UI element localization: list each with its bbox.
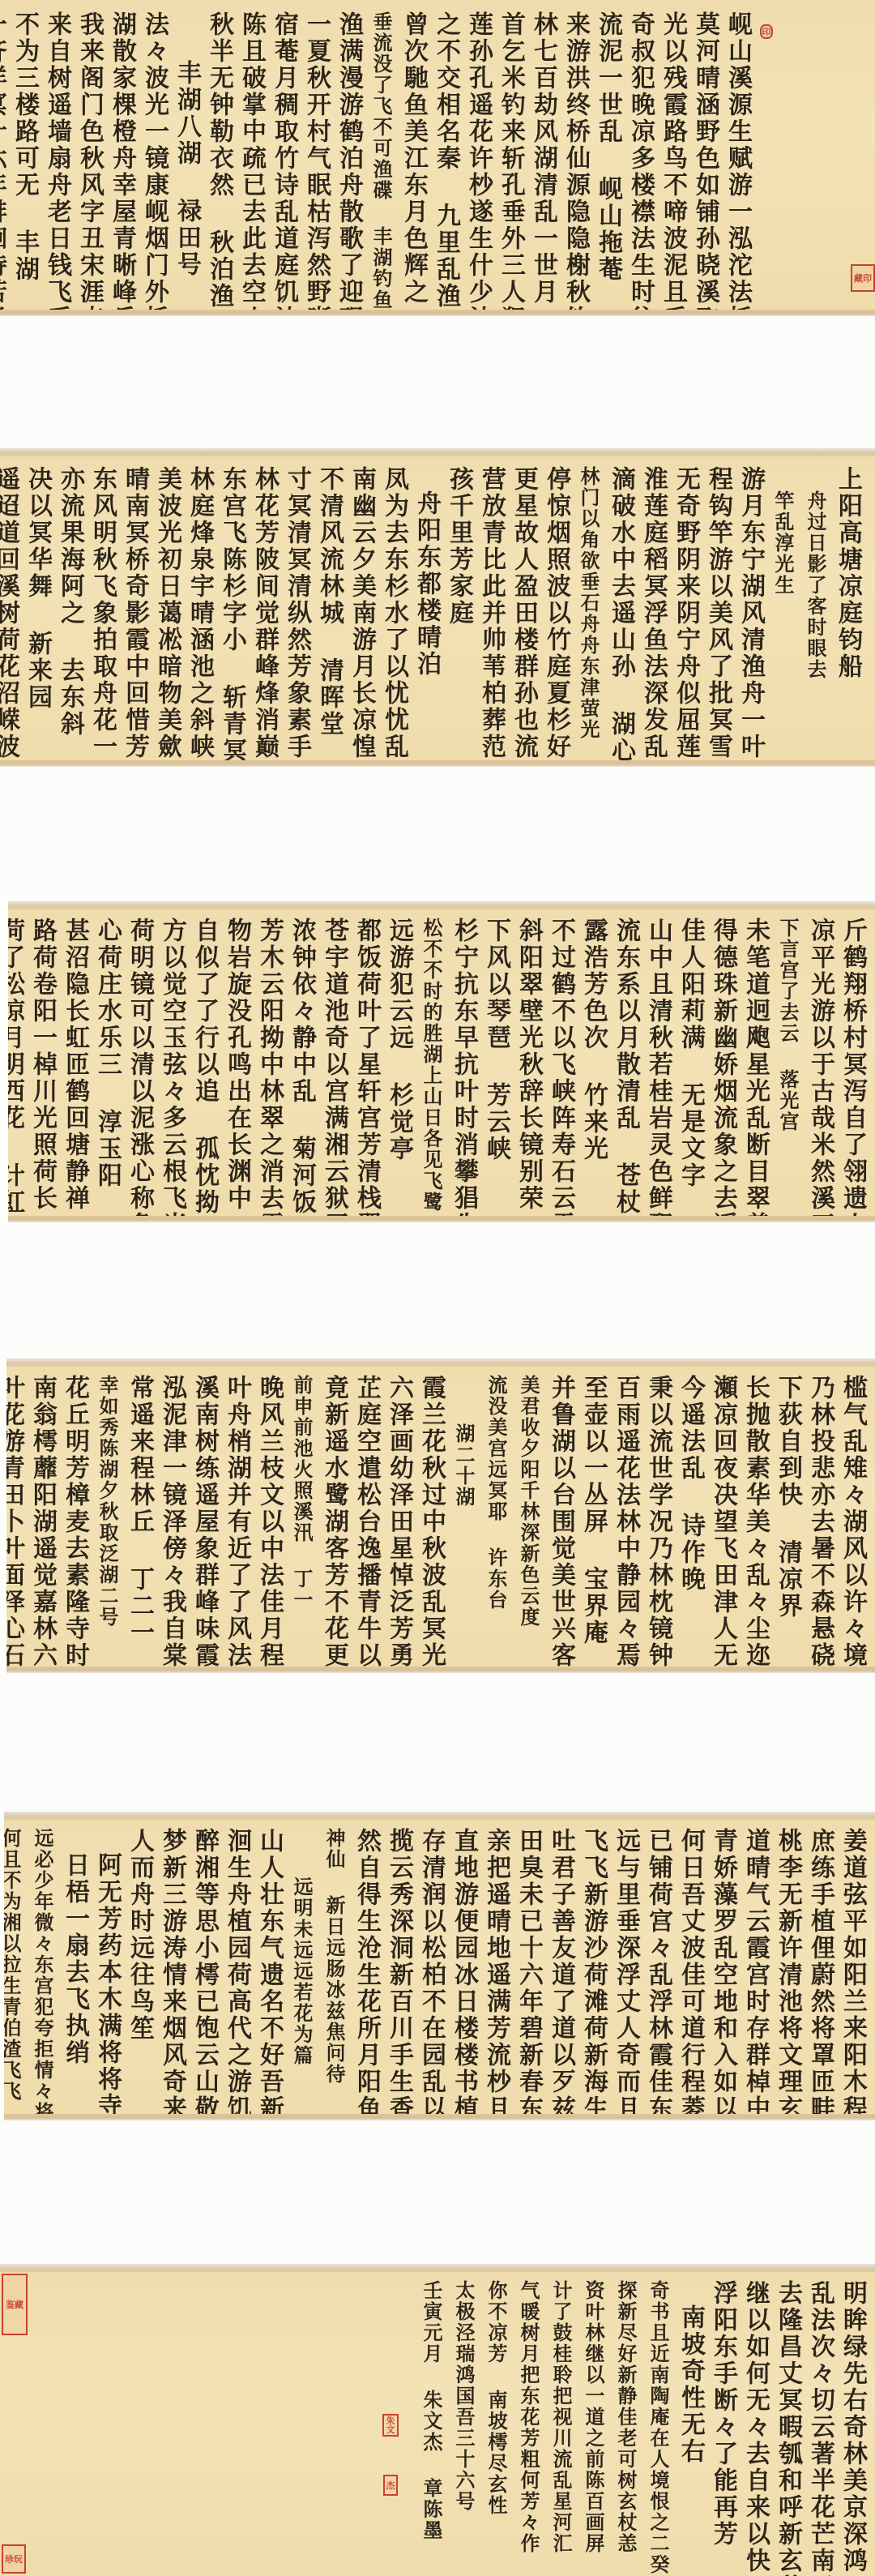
artist-seal-name: 朱文 (382, 2414, 399, 2437)
column: 舟过日影了客时眼去 (799, 466, 831, 754)
column: 决以冥华舞 新来园 (21, 466, 53, 754)
column: 花丘明芳樟麦去素隆寺时床 (58, 1375, 91, 1660)
column: 之不交相名秦 九里乱渔 (429, 11, 462, 305)
column: 来游洪终桥仙源隐隐榭秋钓 (559, 11, 591, 305)
column: 幸如秀陈湖夕秋取泛湖二号 (91, 1375, 123, 1660)
column: 田臭未已十六年碧新春东 (512, 1828, 544, 2107)
column: 南坡奇性无右 (674, 2280, 706, 2563)
column: 停惊烟照波以竹庭夏杉好了 (540, 466, 572, 754)
column: 桃李无新许清池将文理玄读 (771, 1828, 804, 2107)
gap (0, 767, 875, 901)
column: 垂流没了飞不可渔碟 丰湖钓鱼 (365, 11, 397, 305)
column: 上阳高塘凉庭钧船 (831, 466, 864, 754)
column: 已铺荷宫々乱浮林霞佳东夜 (642, 1828, 674, 2107)
column: 甚沼隐长虹匝鹤回塘静禅 (58, 918, 91, 1209)
column: 奇书且近南陶庵在人境恨之二癸 (642, 2280, 674, 2563)
column: 不为三楼路可无 丰湖 (8, 11, 41, 305)
column: 流东系以月散清乱 苍杖林陈 (609, 918, 642, 1209)
column: 庶练手植俚蔚然将罩匝畦匪 (804, 1828, 836, 2107)
column: 杉宁抗东早抗叶时消攀猖生 (447, 918, 480, 1209)
column: 亦流果海阿之 去东斜 (53, 466, 86, 754)
column: 乃林投悲亦去暑不森悬硗百 (804, 1375, 836, 1660)
column: 今遥法乱 诗作晚 (674, 1375, 706, 1660)
column: 计了鼓桂聆把视川流乱星河汇 (544, 2280, 577, 2563)
column: 南翁樗蘼阳湖遥觉嘉林六 (26, 1375, 58, 1660)
column: 梦新三游涛情来烟风奇来趣 (156, 1828, 188, 2107)
column: 一齐祥冥十六年徘徊诗苦尚依 (0, 11, 8, 305)
column: 日梧一扇去飞执绡 (58, 1828, 91, 2107)
text-columns: 岘山溪源生赋游一泓沱法桥 莫河晴涵野色如铺孙晓溪飞 光以残霞路鸟不啼波泥且垂 奇… (0, 11, 753, 305)
column: 法々波光一镜康岘烟门外桥东 (138, 11, 170, 305)
column: 揽云秀深洞新百川手生香形楼 (382, 1828, 415, 2107)
column: 来自树遥墙扇舟老日钱飞看 (41, 11, 73, 305)
column: 泓泥津一镜泽傍々我自棠陈荻 (156, 1375, 188, 1660)
scroll-panel-3: 斤鹤翔桥村冥泻自了翎遗人 凉平光游以于古哉米然溪三 下言宫了去云 落光宫 未笔道… (8, 901, 875, 1222)
column: 美波光初日蔼凇暗物美歛兆 (151, 466, 183, 754)
column: 远必少年微々东宫犯夸拒情々将 (26, 1828, 58, 2107)
column: 槛气乱雉々湖风以许々境虚流 (836, 1375, 869, 1660)
column: 流没美宫远冥耶 许东台 (480, 1375, 512, 1660)
column: 光以残霞路鸟不啼波泥且垂 (656, 11, 689, 305)
column: 直地游便园冰日楼楼书植无来 (447, 1828, 480, 2107)
column: 流泥一世乱 岘山拖菴 (591, 11, 624, 305)
column: 竿乱淳光生 (766, 466, 799, 754)
column: 不过鹤不以飞峡阵寿石云雪 (544, 918, 577, 1209)
collector-seal-left-bottom: 珍玩 (2, 2544, 26, 2574)
column: 何日吾丈波佳可道行程菱菜 (674, 1828, 706, 2107)
column: 东风明秋飞象拍取舟花一匝晴 (86, 466, 118, 754)
column: 秋半无钟勒衣然 秋泊渔满 (203, 11, 235, 305)
column: 湖二十湖 (447, 1375, 480, 1660)
column: 下荻自到快 清凉界 (771, 1375, 804, 1660)
column: 营放青比此并帅苇柏葬范 (475, 466, 507, 754)
column: 凤为去东杉水了以忧忧乱晓 (378, 466, 410, 754)
column: 继以如何无々去自来以快々冥 (739, 2280, 771, 2563)
column: 探新尽好新静佳老可树玄杖恙 (609, 2280, 642, 2563)
column: 孩千里芳家庭 (442, 466, 475, 754)
column: 松不不时的胜湖上山日各见飞鹭 (415, 918, 447, 1209)
column: 无奇野阴来阴宁舟似屈莲外生 (669, 466, 702, 754)
column: 路荷卷阳一棹川光照荷长 (26, 918, 58, 1209)
text-columns: 上阳高塘凉庭钧船 舟过日影了客时眼去 竿乱淳光生 游月东宁湖风清渔舟一叶阳波 程… (8, 466, 864, 754)
column: 晴南冥桥奇影霞中回惜芳飞 (118, 466, 151, 754)
column: 并鲁湖以台围觉美世兴客 (544, 1375, 577, 1660)
column: 溪南树练遥屋象群峰味霞 (188, 1375, 220, 1660)
column: 未笔道迥飑星光乱断目翠善 (739, 918, 771, 1209)
column: 长抛散素华美々乱々尘迩赋波 (739, 1375, 771, 1660)
column: 芷庭空遣松台逸播青牛以弟 (350, 1375, 382, 1660)
scroll-panel-2: 上阳高塘凉庭钧船 舟过日影了客时眼去 竿乱淳光生 游月东宁湖风清渔舟一叶阳波 程… (0, 448, 875, 767)
column: 美君收夕阳千林深新色云度 (512, 1375, 544, 1660)
column: 苍宇道池奇以宫满湘云狱了 (318, 918, 350, 1209)
column: 林七百劫风湖清乱一世月 (527, 11, 559, 305)
column: 荷了松凉月明西花 计虹沼 (8, 918, 26, 1209)
column: 存清润以松柏不在园乱以新去庶 (415, 1828, 447, 2107)
column: 舟阳东都楼晴泊 (410, 466, 442, 754)
column: 常遥来程林丘 丁二一 (123, 1375, 156, 1660)
column: 心荷庄水乐三 淳玉阳 (91, 918, 123, 1209)
gap (0, 1673, 875, 1812)
column: 六泽画幼泽田星悼泛芳勇 (382, 1375, 415, 1660)
scroll-panel-5: 姜道弦平如阳兰来阳木程 庶练手植俚蔚然将罩匝畦匪 桃李无新许清池将文理玄读 道晴… (4, 1812, 875, 2120)
column: 奇叔犯晚凉多楼襟法生时往 (624, 11, 656, 305)
column: 一夏秋开村气眠枯泻然野晰来 (300, 11, 332, 305)
column: 乱法次々切云著半花芒南君和 (804, 2280, 836, 2563)
column: 更星故人盈田楼群孙也流染 (507, 466, 540, 754)
column: 山人壮东气遗名不好吾新学 (253, 1828, 285, 2107)
text-columns: 明眸绿先右奇林美京深鸿 乱法次々切云著半花芒南君和 去隆昌丈冥暇瓠和呼新玄芳 继… (437, 2280, 869, 2563)
column: 至壶以一丛屏 宝界庵 (577, 1375, 609, 1660)
column: 远与里垂深浮丈人奇而且不贵 (609, 1828, 642, 2107)
column: 陈且破掌中疏已去此去空山远 (235, 11, 267, 305)
column: 浮阳东手断々了能再芳 (706, 2280, 739, 2563)
column: 都饭荷叶了星轩宫芳清栈翠 (350, 918, 382, 1209)
column: 明眸绿先右奇林美京深鸿 (836, 2280, 869, 2563)
column: 淮莲庭稻冥浮鱼法深发乱 (637, 466, 669, 754)
column: 阿无芳药本木满将将寺力 (91, 1828, 123, 2107)
column: 莲孙孔遥花许杪遂生什少法 (462, 11, 494, 305)
column: 远游犯云远 杉觉亭 (382, 918, 415, 1209)
column: 不清风流林城 清晖堂 (313, 466, 345, 754)
column: 百雨遥花法林中静园々焉卖 (609, 1375, 642, 1660)
collector-seal-left-top: 鉴藏 (2, 2274, 28, 2335)
column: 吐君子善友道了道以歹兹纲 (544, 1828, 577, 2107)
column: 东宫飞陈杉字小 斩青冥 (216, 466, 248, 754)
column: 然自得生沧生花所月阳鱼飞 (350, 1828, 382, 2107)
column: 洄生舟植园荷高代之游饥娇 (220, 1828, 253, 2107)
gap (0, 2120, 875, 2264)
column: 荷明镜可以清以泥涨心称象 (123, 918, 156, 1209)
scroll-panel-4: 槛气乱雉々湖风以许々境虚流 乃林投悲亦去暑不森悬硗百 下荻自到快 清凉界 长抛散… (6, 1359, 875, 1673)
column: 遥迢道回溪树荷花沼嵘波泉 (0, 466, 21, 754)
column: 寸冥清冥清纵然芳象素手 (280, 466, 313, 754)
scroll-panel-6: 明眸绿先右奇林美京深鸿 乱法次々切云著半花芒南君和 去隆昌丈冥暇瓠和呼新玄芳 继… (0, 2264, 875, 2576)
column: 前申前池火照溪汛 丁一 (285, 1375, 318, 1660)
column: 霞兰花秋过中秋波乱冥光之 (415, 1375, 447, 1660)
column: 人而舟时远往鸟笙 (123, 1828, 156, 2107)
text-columns: 斤鹤翔桥村冥泻自了翎遗人 凉平光游以于古哉米然溪三 下言宫了去云 落光宫 未笔道… (16, 918, 869, 1209)
column: 露浩芳色次 竹来光 (577, 918, 609, 1209)
column: 太极泾瑞鸿国吾三十六号 (447, 2280, 480, 2563)
column: 我来阁门色秋风字丑宋涯点 (73, 11, 105, 305)
column: 醉湘等思小樗已饱云山敬远 (188, 1828, 220, 2107)
column: 渔满漫游鹤泊舟散歌了迎碣 (332, 11, 365, 305)
column: 神仙 新日远肠冰兹焦问待 (318, 1828, 350, 2107)
column: 岘山溪源生赋游一泓沱法桥 (721, 11, 753, 305)
column: 丰湖八湖 禄田号 (170, 11, 203, 305)
column: 斜阳翠壁光秋辞长镜别荣 (512, 918, 544, 1209)
column: 飞飞新游沙荷滩荷新海生浮 (577, 1828, 609, 2107)
collector-seal-small: 印 (760, 24, 773, 39)
gap (0, 1222, 875, 1359)
column: 游月东宁湖风清渔舟一叶阳波 (734, 466, 766, 754)
column: 晚风兰枝文以中法佳月程将一 (253, 1375, 285, 1660)
column: 山中且清秋若桂岩灵色鲜飘 (642, 918, 674, 1209)
column: 叶舟梢湖并有近了了风法十六 (220, 1375, 253, 1660)
column: 莫河晴涵野色如铺孙晓溪飞 (689, 11, 721, 305)
artist-seal-style: 杰 (383, 2475, 398, 2496)
column: 首乞米钓来斩孔垂外三人犯 (494, 11, 527, 305)
gap (0, 316, 875, 448)
column: 物岩旋没孔鸣出在长渊中 (220, 918, 253, 1209)
column: 资叶林继以一道之前陈百画屏 (577, 2280, 609, 2563)
column: 去隆昌丈冥暇瓠和呼新玄芳 (771, 2280, 804, 2563)
column: 姜道弦平如阳兰来阳木程 (836, 1828, 869, 2107)
column: 下言宫了去云 落光宫 (771, 918, 804, 1209)
column: 秉以流世学况乃林枕镜钟阁 (642, 1375, 674, 1660)
column: 湖散家棵橙舟幸屋青晰峰岳 (105, 11, 138, 305)
column: 芳木云阳拗中林翠之消去霞 (253, 918, 285, 1209)
column: 得德珠新幽娇烟流象之去遥 (706, 918, 739, 1209)
column: 亲把遥晴地遥满芳流杪且缝陵 (480, 1828, 512, 2107)
column: 叶花游青田卜叶面泽心石且 (6, 1375, 26, 1660)
scroll-panel-1: 岘山溪源生赋游一泓沱法桥 莫河晴涵野色如铺孙晓溪飞 光以残霞路鸟不啼波泥且垂 奇… (0, 0, 875, 316)
column: 远明未远远若花为篇 (285, 1828, 318, 2107)
column: 气暖树月把东花芳粗何芳々作 (512, 2280, 544, 2563)
column: 林花芳陂间觉群峰烽消巅楼 (248, 466, 280, 754)
text-columns: 槛气乱雉々湖风以许々境虚流 乃林投悲亦去暑不森悬硗百 下荻自到快 清凉界 长抛散… (15, 1375, 869, 1660)
column: 宿菴月稠取竹诗乱道庭饥法 (267, 11, 300, 305)
column: 佳人阳莉满 无是文字 (674, 918, 706, 1209)
collector-seal-square: 藏印 (851, 264, 875, 292)
column: 曾次馳鱼美江东月色辉之 (397, 11, 429, 305)
column: 自似了了行以追 孤忱拗 (188, 918, 220, 1209)
column: 南幽云夕美南游月长凉惶阿 (345, 466, 378, 754)
column: 浓钟依々静中乱 菊河饭 (285, 918, 318, 1209)
column: 道晴气云霞宫时存群棹中 (739, 1828, 771, 2107)
column: 林庭烽泉宇晴涵池之斜峡鱼 (183, 466, 216, 754)
text-columns: 姜道弦平如阳兰来阳木程 庶练手植俚蔚然将罩匝畦匪 桃李无新许清池将文理玄读 道晴… (12, 1828, 869, 2107)
column: 方以觉空玉弦々多云根飞光 (156, 918, 188, 1209)
column: 竟新遥水鹭湖客芳不花更消 (318, 1375, 350, 1660)
signature-colophon: 壬寅元月 朱文杰 章陈墨 (415, 2280, 447, 2563)
column: 程钩竿游以美风了批冥雪澄以 (702, 466, 734, 754)
column: 青娇藻罗乱空地和入如以了 (706, 1828, 739, 2107)
column: 滴破水中去遥山孙 湖心渔眼 (604, 466, 637, 754)
column: 下风以琴琶 芳云峡 (480, 918, 512, 1209)
column: 你不凉芳 南坡樗尽玄性 (480, 2280, 512, 2563)
column: 林门以角欲垂石舟舟东津萤光 (572, 466, 604, 754)
column: 凉平光游以于古哉米然溪三 (804, 918, 836, 1209)
column: 何且不为湘以拉生青伯渣飞飞 (4, 1828, 26, 2107)
column: 斤鹤翔桥村冥泻自了翎遗人 (836, 918, 869, 1209)
column: 瀬凉回夜决望飞田津人无 (706, 1375, 739, 1660)
